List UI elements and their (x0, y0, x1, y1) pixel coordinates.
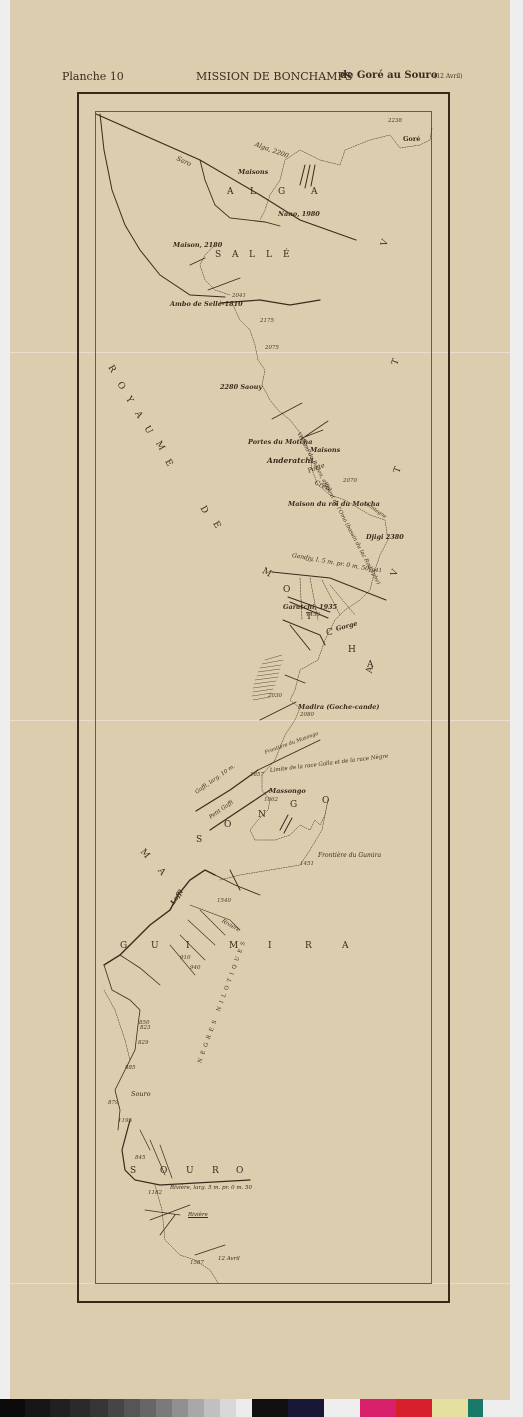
region-alga-a: A (227, 187, 234, 197)
swatch (432, 1399, 468, 1417)
altitude: 829 (138, 1040, 149, 1046)
altitude: 1195 (118, 1118, 132, 1124)
region-masongo-n: N (258, 810, 266, 820)
swatch (0, 1399, 25, 1417)
swatch (360, 1399, 396, 1417)
altitude: 1453 (306, 612, 320, 618)
place-frontiere-gumira: Frontière du Gumira (318, 852, 381, 859)
region-salle-l: L (249, 250, 255, 260)
altitude: 845 (135, 1155, 146, 1161)
altitude: 2075 (265, 345, 279, 351)
place-gore: Goré (403, 135, 420, 143)
region-alga-a2: A (311, 187, 318, 197)
altitude: 1540 (217, 898, 231, 904)
place-ambo-de-selle: Ambo de Sellé-1810 (170, 300, 243, 308)
altitude: 885 (125, 1065, 136, 1071)
altitude-madira: 2080 (300, 712, 314, 718)
place-garatchi: Garatchi, 1935 (283, 603, 337, 611)
place-madira: Madira (Goche-cande) (298, 703, 379, 711)
region-alga-l: L (250, 187, 256, 197)
place-djigi: Djigi 2380 (366, 533, 404, 541)
region-motcha-h: H (348, 645, 356, 655)
place-riviere-souro: Rivière, larg. 5 m. pr. 0 m. 50 (170, 1185, 252, 1191)
altitude: 2041 (232, 293, 246, 299)
altitude: 2175 (260, 318, 274, 324)
swatch (50, 1399, 70, 1417)
region-gumira-i: I (186, 941, 190, 951)
region-gumira-i2: I (268, 941, 272, 951)
region-salle-l2: L (266, 250, 272, 260)
place-saouy: 2280 Saouy (220, 383, 262, 391)
swatch (468, 1399, 483, 1417)
region-gumira-r: R (305, 941, 312, 951)
place-maison-2180: Maison, 2180 (173, 241, 222, 249)
altitude: 940 (190, 965, 201, 971)
swatch (124, 1399, 140, 1417)
altitude-gore: 2238 (388, 118, 402, 124)
region-salle-e: É (283, 250, 290, 260)
place-souro: Souro (131, 1090, 151, 1098)
swatch (172, 1399, 188, 1417)
altitude: 1587 (190, 1260, 204, 1266)
swatch (70, 1399, 90, 1417)
altitude: 879 (108, 1100, 119, 1106)
region-masongo-o: O (224, 820, 231, 830)
region-masongo-g: G (290, 800, 297, 810)
altitude: 1862 (264, 797, 278, 803)
swatch (236, 1399, 252, 1417)
region-motcha-c: C (326, 628, 333, 638)
swatch (252, 1399, 288, 1417)
altitude: 1857 (250, 772, 264, 778)
altitude: 2070 (343, 478, 357, 484)
place-12-avril: 12 Avril (218, 1256, 240, 1262)
place-maisons-motcha: Maisons (310, 446, 340, 454)
swatch (108, 1399, 124, 1417)
place-riviere-south: Rivière (188, 1212, 208, 1218)
region-souro-u: U (186, 1166, 194, 1176)
swatch (288, 1399, 324, 1417)
swatch (140, 1399, 156, 1417)
place-nano: Nano, 1980 (278, 210, 320, 218)
region-gumira-u: U (151, 941, 159, 951)
region-souro-s: S (130, 1166, 136, 1176)
region-motcha-o: O (283, 585, 290, 595)
region-souro-r: R (212, 1166, 219, 1176)
swatch (90, 1399, 108, 1417)
altitude: 2030 (268, 693, 282, 699)
place-maisons: Maisons (238, 168, 268, 176)
region-salle-s: S (215, 250, 221, 260)
swatch (156, 1399, 172, 1417)
region-souro-o: O (160, 1166, 167, 1176)
region-gumira-a: A (342, 941, 349, 951)
place-massongo: Massongo (269, 787, 306, 795)
region-souro-o2: O (236, 1166, 243, 1176)
altitude: 1451 (300, 861, 314, 867)
altitude: 1182 (148, 1190, 162, 1196)
region-masongo-o2: O (322, 796, 329, 806)
route-map-lines (0, 0, 523, 1417)
region-gumira-g: G (120, 941, 127, 951)
swatch (204, 1399, 220, 1417)
region-alga-g: G (278, 187, 285, 197)
swatch (188, 1399, 204, 1417)
place-anderatchi: Anderatchi (267, 456, 313, 465)
swatch (220, 1399, 236, 1417)
altitude: 850 (139, 1020, 150, 1026)
altitude: 910 (180, 955, 191, 961)
swatch (324, 1399, 360, 1417)
swatch (396, 1399, 432, 1417)
altitude: 1941 (368, 568, 382, 574)
region-salle-a: A (232, 250, 239, 260)
region-masongo-s: S (196, 835, 202, 845)
swatch (25, 1399, 50, 1417)
color-calibration-bar (0, 1399, 523, 1417)
